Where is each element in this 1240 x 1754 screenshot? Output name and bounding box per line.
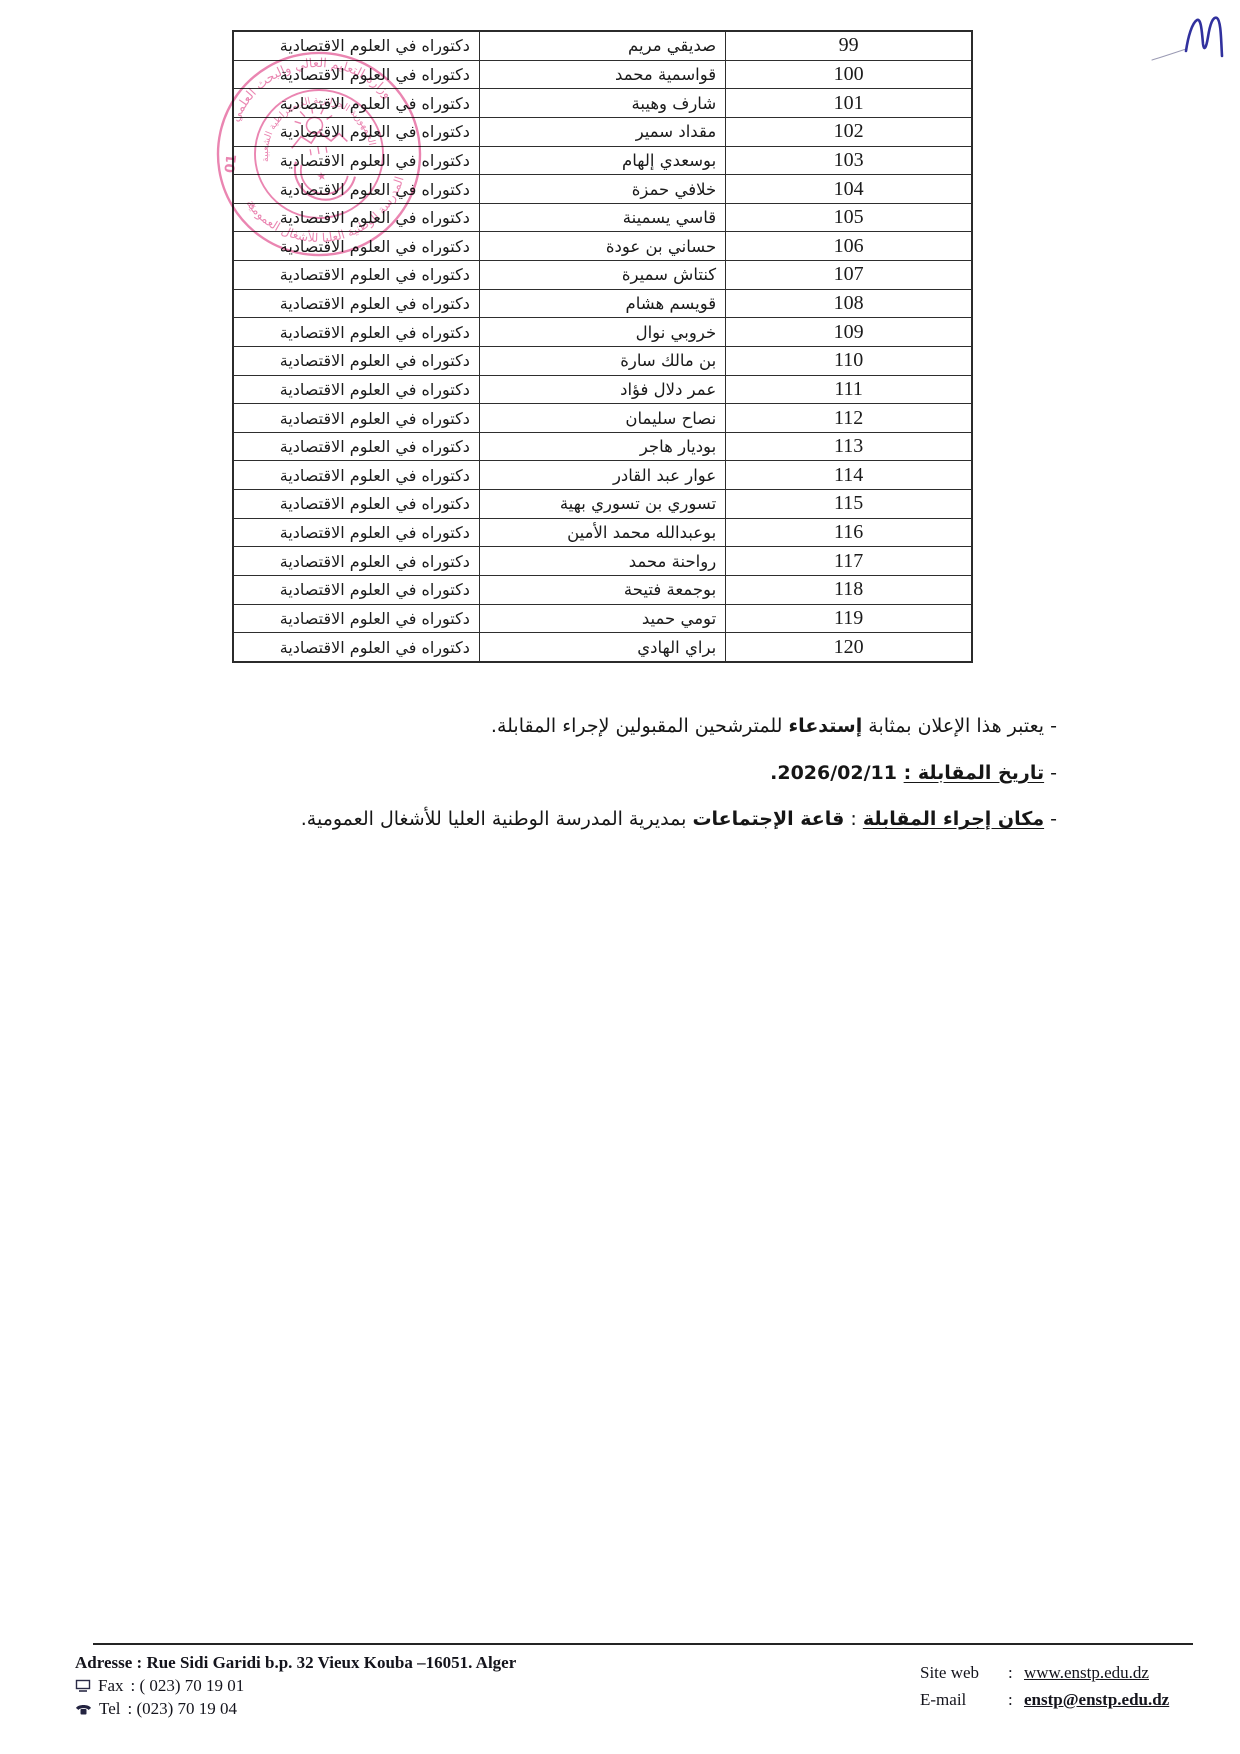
candidate-qualification: دكتوراه في العلوم الاقتصادية	[233, 289, 479, 318]
footer-address: Adresse : Rue Sidi Garidi b.p. 32 Vieux …	[75, 1651, 516, 1674]
handwritten-tail	[1152, 49, 1186, 60]
footer-contact-block: Adresse : Rue Sidi Garidi b.p. 32 Vieux …	[75, 1651, 516, 1720]
telephone-icon	[75, 1702, 92, 1716]
note-dash: -	[1044, 715, 1057, 737]
candidate-number: 113	[726, 432, 972, 461]
candidate-qualification: دكتوراه في العلوم الاقتصادية	[233, 232, 479, 261]
table-row: 115 تسوري بن تسوري بهية دكتوراه في العلو…	[233, 490, 972, 519]
handwritten-m-stroke	[1186, 18, 1222, 56]
candidates-table-wrap: 99 صديقي مريم دكتوراه في العلوم الاقتصاد…	[232, 30, 973, 663]
note-bold-word: إستدعاء	[788, 715, 862, 737]
table-row: 108 قويسم هشام دكتوراه في العلوم الاقتصا…	[233, 289, 972, 318]
candidate-name: خلافي حمزة	[479, 175, 725, 204]
note-interview-date: - تاريخ المقابلة : 2026/02/11.	[377, 761, 1057, 787]
table-row: 99 صديقي مريم دكتوراه في العلوم الاقتصاد…	[233, 31, 972, 60]
candidate-name: شارف وهيبة	[479, 89, 725, 118]
table-row: 114 عوار عبد القادر دكتوراه في العلوم ال…	[233, 461, 972, 490]
candidate-qualification: دكتوراه في العلوم الاقتصادية	[233, 31, 479, 60]
candidate-number: 110	[726, 346, 972, 375]
table-row: 101 شارف وهيبة دكتوراه في العلوم الاقتصا…	[233, 89, 972, 118]
table-row: 118 بوجمعة فتيحة دكتوراه في العلوم الاقت…	[233, 575, 972, 604]
candidate-number: 118	[726, 575, 972, 604]
table-row: 103 بوسعدي إلهام دكتوراه في العلوم الاقت…	[233, 146, 972, 175]
candidate-number: 108	[726, 289, 972, 318]
scanned-document-page: { "table": { "rows": [ {"num": "99", "na…	[0, 0, 1240, 1754]
candidate-qualification: دكتوراه في العلوم الاقتصادية	[233, 518, 479, 547]
note-dash: -	[1044, 762, 1057, 784]
candidate-name: عمر دلال فؤاد	[479, 375, 725, 404]
candidate-name: تومي حميد	[479, 604, 725, 633]
candidates-table-body: 99 صديقي مريم دكتوراه في العلوم الاقتصاد…	[233, 31, 972, 662]
candidate-number: 111	[726, 375, 972, 404]
candidate-name: براي الهادي	[479, 633, 725, 662]
candidate-number: 116	[726, 518, 972, 547]
fax-label: Fax	[98, 1674, 124, 1697]
candidate-number: 107	[726, 261, 972, 290]
table-row: 102 مقداد سمير دكتوراه في العلوم الاقتصا…	[233, 117, 972, 146]
candidate-name: رواحنة محمد	[479, 547, 725, 576]
table-row: 100 قواسمية محمد دكتوراه في العلوم الاقت…	[233, 60, 972, 89]
candidates-table: 99 صديقي مريم دكتوراه في العلوم الاقتصاد…	[232, 30, 973, 663]
candidate-qualification: دكتوراه في العلوم الاقتصادية	[233, 575, 479, 604]
candidate-qualification: دكتوراه في العلوم الاقتصادية	[233, 490, 479, 519]
table-row: 107 كنتاش سميرة دكتوراه في العلوم الاقتص…	[233, 261, 972, 290]
candidate-qualification: دكتوراه في العلوم الاقتصادية	[233, 375, 479, 404]
footer-tel-row: Tel : (023) 70 19 04	[75, 1697, 516, 1720]
candidate-name: بوسعدي إلهام	[479, 146, 725, 175]
table-row: 110 بن مالك سارة دكتوراه في العلوم الاقت…	[233, 346, 972, 375]
candidate-qualification: دكتوراه في العلوم الاقتصادية	[233, 89, 479, 118]
notes-section: - يعتبر هذا الإعلان بمثابة إستدعاء للمتر…	[377, 714, 1057, 854]
candidate-name: كنتاش سميرة	[479, 261, 725, 290]
note-interview-place: - مكان إجراء المقابلة : قاعة الإجتماعات …	[377, 807, 1057, 833]
candidate-name: قواسمية محمد	[479, 60, 725, 89]
candidate-number: 120	[726, 633, 972, 662]
candidate-number: 119	[726, 604, 972, 633]
table-row: 119 تومي حميد دكتوراه في العلوم الاقتصاد…	[233, 604, 972, 633]
candidate-name: تسوري بن تسوري بهية	[479, 490, 725, 519]
fax-machine-icon	[75, 1679, 91, 1693]
candidate-number: 115	[726, 490, 972, 519]
table-row: 104 خلافي حمزة دكتوراه في العلوم الاقتصا…	[233, 175, 972, 204]
candidate-number: 112	[726, 404, 972, 433]
candidate-name: بن مالك سارة	[479, 346, 725, 375]
candidate-number: 101	[726, 89, 972, 118]
table-row: 109 خروبي نوال دكتوراه في العلوم الاقتصا…	[233, 318, 972, 347]
footer-web-block: Site web : www.enstp.edu.dz E-mail : ens…	[920, 1659, 1169, 1713]
candidate-number: 100	[726, 60, 972, 89]
candidate-qualification: دكتوراه في العلوم الاقتصادية	[233, 117, 479, 146]
candidate-name: خروبي نوال	[479, 318, 725, 347]
interview-place-value: قاعة الإجتماعات	[692, 808, 844, 830]
candidate-number: 105	[726, 203, 972, 232]
candidate-qualification: دكتوراه في العلوم الاقتصادية	[233, 432, 479, 461]
candidate-name: بوعبدالله محمد الأمين	[479, 518, 725, 547]
candidate-name: قاسي يسمينة	[479, 203, 725, 232]
site-web-url: www.enstp.edu.dz	[1024, 1659, 1169, 1686]
fax-number: : ( 023) 70 19 01	[131, 1674, 245, 1697]
footer-site-row: Site web : www.enstp.edu.dz	[920, 1659, 1169, 1686]
email-label: E-mail	[920, 1686, 1008, 1713]
candidate-qualification: دكتوراه في العلوم الاقتصادية	[233, 261, 479, 290]
candidate-qualification: دكتوراه في العلوم الاقتصادية	[233, 404, 479, 433]
candidate-number: 117	[726, 547, 972, 576]
handwritten-mark	[1140, 8, 1240, 72]
interview-date-value: 2026/02/11.	[770, 762, 903, 784]
candidate-qualification: دكتوراه في العلوم الاقتصادية	[233, 461, 479, 490]
candidate-name: مقداد سمير	[479, 117, 725, 146]
table-row: 117 رواحنة محمد دكتوراه في العلوم الاقتص…	[233, 547, 972, 576]
candidate-number: 109	[726, 318, 972, 347]
interview-place-label: مكان إجراء المقابلة	[863, 808, 1044, 830]
table-row: 113 بوديار هاجر دكتوراه في العلوم الاقتص…	[233, 432, 972, 461]
candidate-name: صديقي مريم	[479, 31, 725, 60]
candidate-qualification: دكتوراه في العلوم الاقتصادية	[233, 318, 479, 347]
candidate-number: 102	[726, 117, 972, 146]
candidate-name: بوجمعة فتيحة	[479, 575, 725, 604]
candidate-number: 104	[726, 175, 972, 204]
candidate-number: 103	[726, 146, 972, 175]
candidate-name: بوديار هاجر	[479, 432, 725, 461]
candidate-name: عوار عبد القادر	[479, 461, 725, 490]
footer-email-row: E-mail : enstp@enstp.edu.dz	[920, 1686, 1169, 1713]
candidate-number: 114	[726, 461, 972, 490]
candidate-qualification: دكتوراه في العلوم الاقتصادية	[233, 604, 479, 633]
table-row: 105 قاسي يسمينة دكتوراه في العلوم الاقتص…	[233, 203, 972, 232]
footer-fax-row: Fax : ( 023) 70 19 01	[75, 1674, 516, 1697]
candidate-qualification: دكتوراه في العلوم الاقتصادية	[233, 547, 479, 576]
candidate-number: 106	[726, 232, 972, 261]
table-row: 106 حساني بن عودة دكتوراه في العلوم الاق…	[233, 232, 972, 261]
note-dash: -	[1044, 808, 1057, 830]
candidate-name: حساني بن عودة	[479, 232, 725, 261]
candidate-qualification: دكتوراه في العلوم الاقتصادية	[233, 633, 479, 662]
table-row: 116 بوعبدالله محمد الأمين دكتوراه في الع…	[233, 518, 972, 547]
candidate-qualification: دكتوراه في العلوم الاقتصادية	[233, 203, 479, 232]
footer-divider	[93, 1643, 1193, 1645]
candidate-qualification: دكتوراه في العلوم الاقتصادية	[233, 60, 479, 89]
candidate-name: قويسم هشام	[479, 289, 725, 318]
candidate-qualification: دكتوراه في العلوم الاقتصادية	[233, 175, 479, 204]
tel-label: Tel	[99, 1697, 120, 1720]
tel-number: : (023) 70 19 04	[127, 1697, 237, 1720]
email-address: enstp@enstp.edu.dz	[1024, 1686, 1169, 1713]
candidate-name: نصاح سليمان	[479, 404, 725, 433]
note-invitation: - يعتبر هذا الإعلان بمثابة إستدعاء للمتر…	[377, 714, 1057, 740]
interview-date-label: تاريخ المقابلة :	[904, 762, 1044, 784]
site-web-label: Site web	[920, 1659, 1008, 1686]
table-row: 111 عمر دلال فؤاد دكتوراه في العلوم الاق…	[233, 375, 972, 404]
table-row: 120 براي الهادي دكتوراه في العلوم الاقتص…	[233, 633, 972, 662]
candidate-number: 99	[726, 31, 972, 60]
candidate-qualification: دكتوراه في العلوم الاقتصادية	[233, 346, 479, 375]
candidate-qualification: دكتوراه في العلوم الاقتصادية	[233, 146, 479, 175]
table-row: 112 نصاح سليمان دكتوراه في العلوم الاقتص…	[233, 404, 972, 433]
